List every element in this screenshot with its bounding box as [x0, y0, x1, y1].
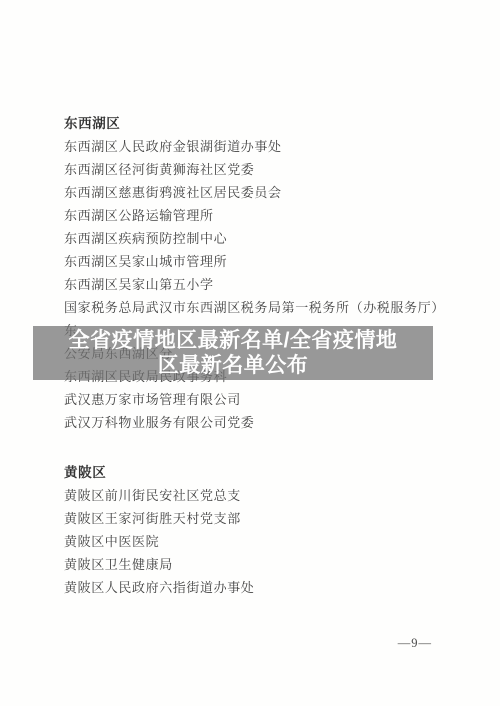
section-dongxihu: 东西湖区 东西湖区人民政府金银湖街道办事处 东西湖区径河街黄狮海社区党委 东西湖…	[64, 112, 445, 434]
list-item: 东西湖区吴家山第五小学	[64, 273, 445, 296]
watermark-text-line2: 区最新名单公布	[158, 353, 309, 379]
section-huangpi: 黄陂区 黄陂区前川街民安社区党总支 黄陂区王家河街胜天村党支部 黄陂区中医医院 …	[64, 461, 254, 599]
list-item: 东西湖区径河街黄狮海社区党委	[64, 158, 445, 181]
list-item: 黄陂区卫生健康局	[64, 553, 254, 576]
list-item: 东西湖区吴家山城市管理所	[64, 250, 445, 273]
list-item: 黄陂区中医医院	[64, 530, 254, 553]
list-item: 国家税务总局武汉市东西湖区税务局第一税务所（办税服务厅）	[64, 296, 445, 319]
list-item: 武汉万科物业服务有限公司党委	[64, 411, 445, 434]
list-item: 东西湖区人民政府金银湖街道办事处	[64, 135, 445, 158]
list-item: 黄陂区王家河街胜天村党支部	[64, 507, 254, 530]
list-item: 东西湖区公路运输管理所	[64, 204, 445, 227]
section-title: 东西湖区	[64, 112, 445, 135]
watermark-overlay: 全省疫情地区最新名单/全省疫情地 区最新名单公布	[33, 326, 433, 380]
list-item: 东西湖区疾病预防控制中心	[64, 227, 445, 250]
section-title: 黄陂区	[64, 461, 254, 484]
list-item: 黄陂区前川街民安社区党总支	[64, 484, 254, 507]
list-item: 黄陂区人民政府六指街道办事处	[64, 576, 254, 599]
watermark-text-line1: 全省疫情地区最新名单/全省疫情地	[69, 328, 398, 354]
list-item: 武汉惠万家市场管理有限公司	[64, 388, 445, 411]
document-page: 东西湖区 东西湖区人民政府金银湖街道办事处 东西湖区径河街黄狮海社区党委 东西湖…	[0, 0, 500, 706]
list-item: 东西湖区慈惠街鸦渡社区居民委员会	[64, 181, 445, 204]
page-number: —9—	[398, 636, 432, 651]
